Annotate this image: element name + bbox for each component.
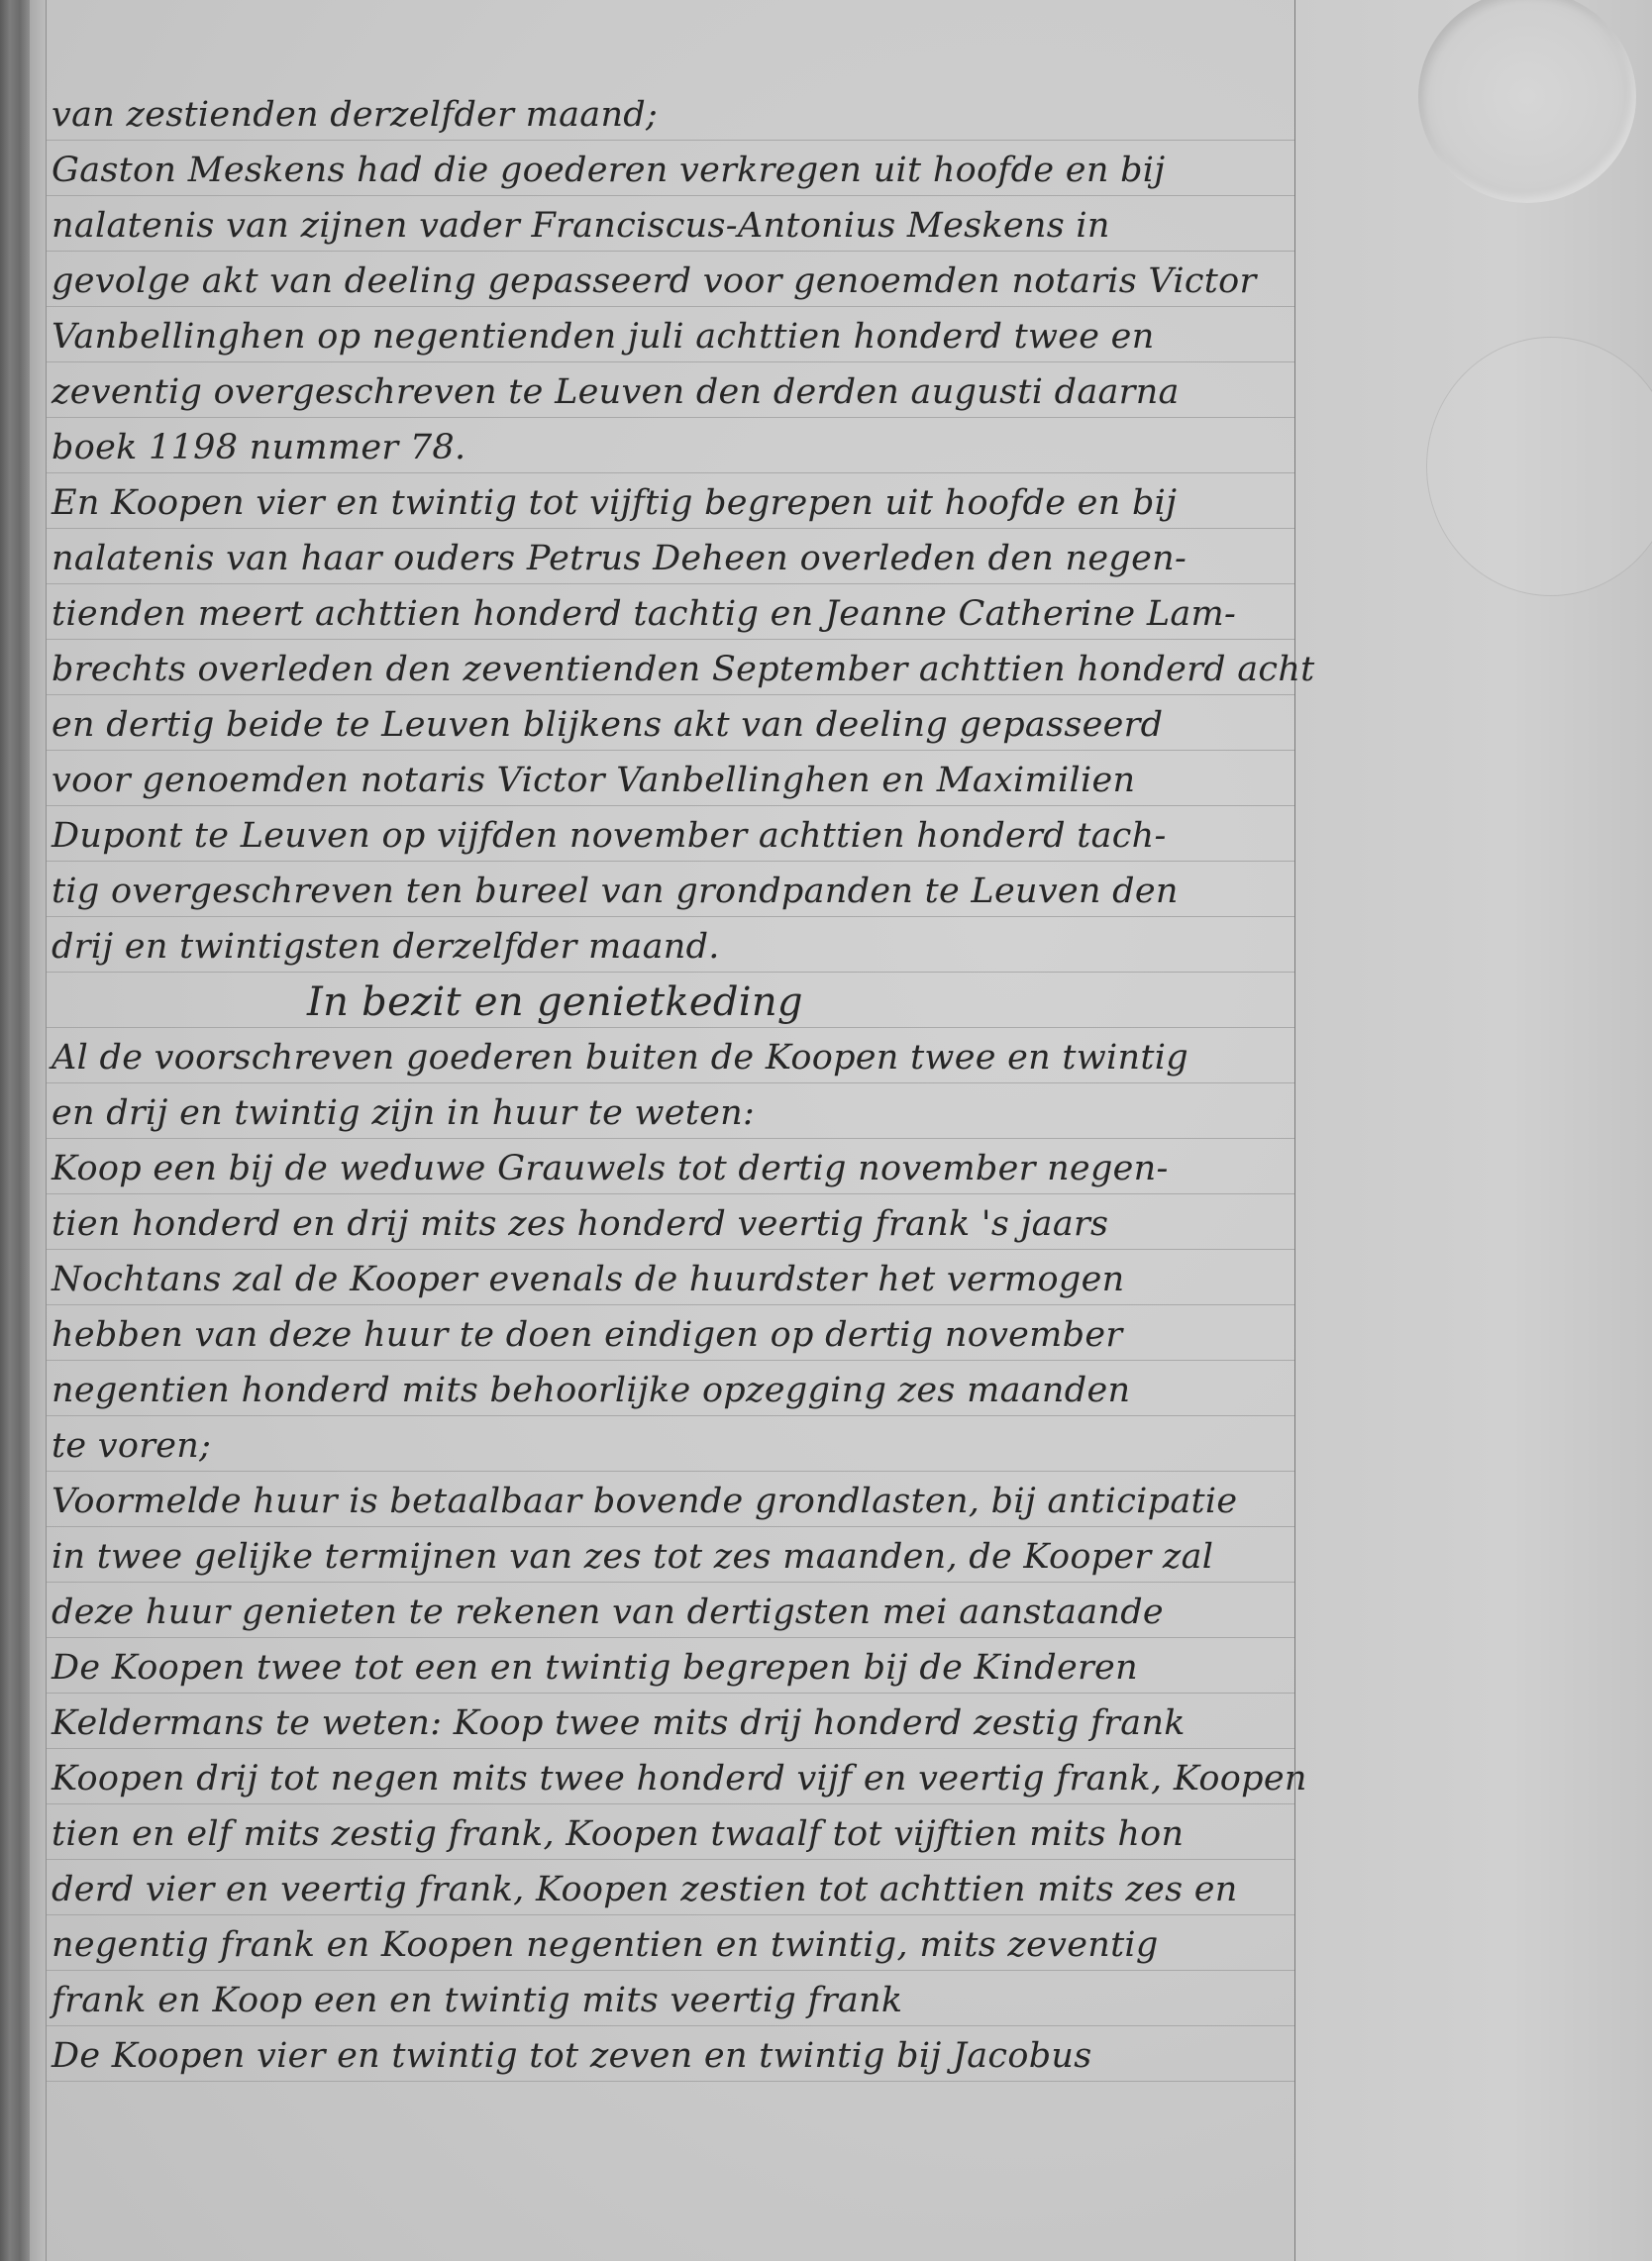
binding-edge <box>30 0 47 2261</box>
text-line: Dupont te Leuven op vijfden november ach… <box>52 808 1290 864</box>
text-line: voor genoemden notaris Victor Vanbelling… <box>52 753 1290 808</box>
text-line: nalatenis van zijnen vader Franciscus-An… <box>52 198 1290 254</box>
text-line: negentien honderd mits behoorlijke opzeg… <box>52 1363 1290 1418</box>
text-line: en dertig beide te Leuven blijkens akt v… <box>52 697 1290 753</box>
margin-rule <box>1294 0 1295 2261</box>
embossed-seal-icon <box>1418 0 1636 203</box>
section-heading: In bezit en genietkeding <box>307 975 1545 1030</box>
text-line: nalatenis van haar ouders Petrus Deheen … <box>52 531 1290 586</box>
text-line: Nochtans zal de Kooper evenals de huurds… <box>52 1252 1290 1307</box>
text-line: en drij en twintig zijn in huur te weten… <box>52 1085 1290 1141</box>
text-line: tig overgeschreven ten bureel van grondp… <box>52 864 1290 919</box>
text-line: zeventig overgeschreven te Leuven den de… <box>52 364 1290 420</box>
text-line: van zestienden derzelfder maand; <box>52 87 1290 143</box>
text-line: in twee gelijke termijnen van zes tot ze… <box>52 1529 1290 1585</box>
text-line: Koop een bij de weduwe Grauwels tot dert… <box>52 1141 1290 1196</box>
text-line: tien honderd en drij mits zes honderd ve… <box>52 1196 1290 1252</box>
text-line: brechts overleden den zeventienden Septe… <box>52 642 1290 697</box>
text-line: De Koopen vier en twintig tot zeven en t… <box>52 2028 1290 2084</box>
text-line: deze huur genieten te rekenen van dertig… <box>52 1585 1290 1640</box>
text-line: En Koopen vier en twintig tot vijftig be… <box>52 475 1290 531</box>
text-line: frank en Koop een en twintig mits veerti… <box>52 1973 1290 2028</box>
text-line: gevolge akt van deeling gepasseerd voor … <box>52 254 1290 309</box>
text-line: Vanbellinghen op negentienden juli achtt… <box>52 309 1290 364</box>
text-line: Keldermans te weten: Koop twee mits drij… <box>52 1696 1290 1751</box>
text-line: hebben van deze huur te doen eindigen op… <box>52 1307 1290 1363</box>
text-line: boek 1198 nummer 78. <box>52 420 1290 475</box>
text-line: negentig frank en Koopen negentien en tw… <box>52 1917 1290 1973</box>
text-line: Gaston Meskens had die goederen verkrege… <box>52 143 1290 198</box>
text-line: Koopen drij tot negen mits twee honderd … <box>52 1751 1290 1806</box>
text-line: drij en twintigsten derzelfder maand. <box>52 919 1290 975</box>
book-binding <box>0 0 30 2261</box>
text-line: te voren; <box>52 1418 1290 1474</box>
text-line: De Koopen twee tot een en twintig begrep… <box>52 1640 1290 1696</box>
text-line: tien en elf mits zestig frank, Koopen tw… <box>52 1806 1290 1862</box>
text-line: Voormelde huur is betaalbaar bovende gro… <box>52 1474 1290 1529</box>
text-line: derd vier en veertig frank, Koopen zesti… <box>52 1862 1290 1917</box>
text-line: tienden meert achttien honderd tachtig e… <box>52 586 1290 642</box>
text-line: Al de voorschreven goederen buiten de Ko… <box>52 1030 1290 1085</box>
right-margin-column <box>1295 0 1652 2261</box>
